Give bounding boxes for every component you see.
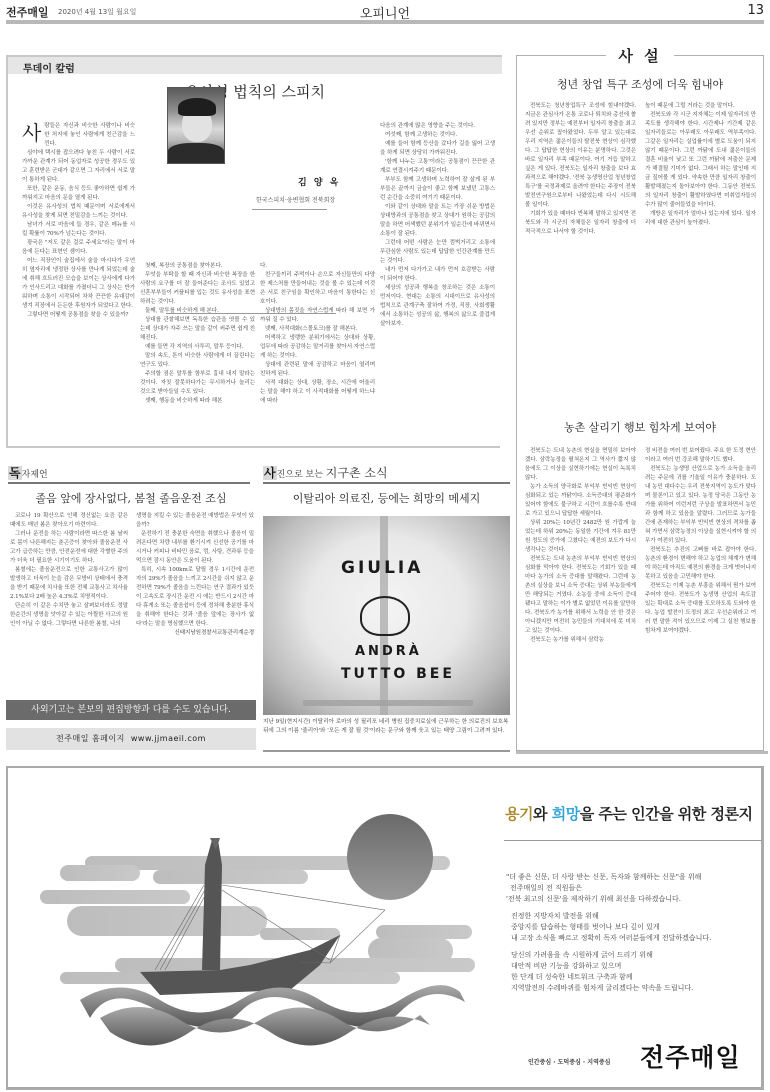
- ad-paragraph-3: 당신의 가려움을 속 시원하게 긁어 드리기 위해 대안적 비판 기능을 강화하…: [511, 950, 693, 994]
- column-tag: 투데이 칼럼: [8, 55, 502, 74]
- caption-divider: [263, 750, 510, 752]
- ad-slogan: 용기와 희망을 주는 인간을 위한 정론지: [505, 803, 752, 824]
- photo-news-headline: 이탈리아 의료진, 등에는 희망의 메세지: [263, 490, 510, 506]
- slogan-divider: [504, 840, 762, 841]
- column-text-col-1: 사 람들은 자신과 비슷한 사람이나 비슷한 처지에 놓인 사람에게 친근감을 …: [22, 122, 135, 320]
- ad-logo: 전주매일: [640, 1038, 741, 1074]
- author-divider: [252, 209, 327, 210]
- column-text-col-2: 첫째, 복장의 공통점을 찾아본다. 무엇을 부탁을 할 때 자신과 비슷한 복…: [140, 262, 255, 406]
- dropcap: 사: [22, 123, 41, 143]
- column-headline: 유사성 법칙의 스피치: [8, 81, 502, 102]
- page-header: 전주매일 2020년 4월 13일 월요일 오피니언 13: [6, 2, 764, 24]
- author-photo: [167, 87, 225, 164]
- editorial-headline-1: 청년 창업 특구 조성에 더욱 힘내야: [517, 76, 763, 92]
- reader-text-col-2: 생명을 지킬 수 있는 졸음운전 예방법은 무엇이 있을까? 운전하기 전 충분…: [136, 512, 254, 638]
- newspaper-ad: 용기와 희망을 주는 인간을 위한 정론지 "더 좋은 신문, 더 사랑 받는 …: [6, 766, 764, 1090]
- page-number: 13: [747, 3, 764, 18]
- reader-headline: 졸음 앞에 장사없다, 봄철 졸음운전 조심: [6, 490, 256, 506]
- news-photo: GIULIA ANDRÀ TUTTO BEE: [263, 516, 510, 715]
- reader-text-col-1: 코로나 19 확산으로 인해 정신없는 요즘 같은 때에도 매년 봄은 찾아오기…: [10, 512, 128, 629]
- editorial-label: 사 설: [517, 45, 763, 66]
- photo-caption: 지난 9일(현지시간) 이탈리아 로마의 성 필리포 네리 병원 집중치료실에 …: [263, 718, 510, 736]
- ad-paragraph-2: 진정한 지방자치 발전을 위해 중앙지를 답습하는 형태를 벗어나 보다 깊이 …: [511, 911, 711, 944]
- editorial-1-col-2: 높이 때문에 그럴 거라는 것을 말이다. 전북도와 각 시군 지자체는 이제 …: [645, 102, 756, 228]
- editorial-shadow: [516, 751, 768, 754]
- editorial-box: 사 설 청년 창업 특구 조성에 더욱 힘내야 전북도는 청년창업특구 조성에 …: [516, 55, 764, 751]
- photo-news-section-head: 사진으로 보는 지구촌 소식: [263, 464, 510, 484]
- homepage-link[interactable]: www.jjmaeil.com: [131, 734, 206, 743]
- author-title: 한국스피치·웅변협회 전북회장: [256, 195, 335, 204]
- byline: 신태지남원경찰서교통관리계순경: [136, 629, 254, 638]
- today-column-article: 투데이 칼럼 유사성 법칙의 스피치 사 람들은 자신과 비슷한 사람이나 비슷…: [6, 55, 500, 448]
- editorial-1-col-1: 전북도는 청년창업특구 조성에 힘내야겠다. 지금은 관심사가 온통 코로나 퇴…: [525, 102, 636, 237]
- sun-drawing: [360, 596, 410, 636]
- section-title: 오피니언: [6, 3, 764, 22]
- homepage-banner[interactable]: 전주매일 홈페이지www.jjmaeil.com: [6, 728, 256, 750]
- pen-ship-illustration: [10, 770, 480, 1090]
- ad-tagline: 인간중심 · 도덕중심 · 지역중심: [528, 1057, 610, 1066]
- homepage-label: 전주매일 홈페이지: [56, 734, 125, 743]
- column-text-col-4: 다음의 관계에 많은 영향을 주는 것이다. 여섯째, 함께 고생하는 것이다.…: [380, 122, 495, 329]
- column-text-col-3: 다. 친구들끼리 주먹이나 손으로 자신들만의 다양한 제스처를 만들어내는 것…: [260, 262, 375, 406]
- author-name: 김 양 옥: [298, 175, 340, 188]
- editorial-headline-2: 농촌 살리기 행보 힘차게 보여야: [517, 419, 763, 435]
- editorial-2-col-1: 전북도는 도내 농촌의 현실을 면밀히 보아야겠다. 삼락농정을 펼쳐온지 그 …: [525, 447, 636, 747]
- editorial-2-col-2: 정 비전을 여러 번 보여줬다. 주요 한 도정 현안이라고 여러 번 강조해 …: [645, 447, 756, 747]
- reader-section-head: 독자제언: [8, 464, 250, 484]
- contribution-notice: 사외기고는 본보의 편집방향과 다를 수도 있습니다.: [6, 700, 256, 720]
- ad-paragraph-1: "더 좋은 신문, 더 사랑 받는 신문, 독자와 함께하는 신문"을 위해 전…: [506, 872, 701, 905]
